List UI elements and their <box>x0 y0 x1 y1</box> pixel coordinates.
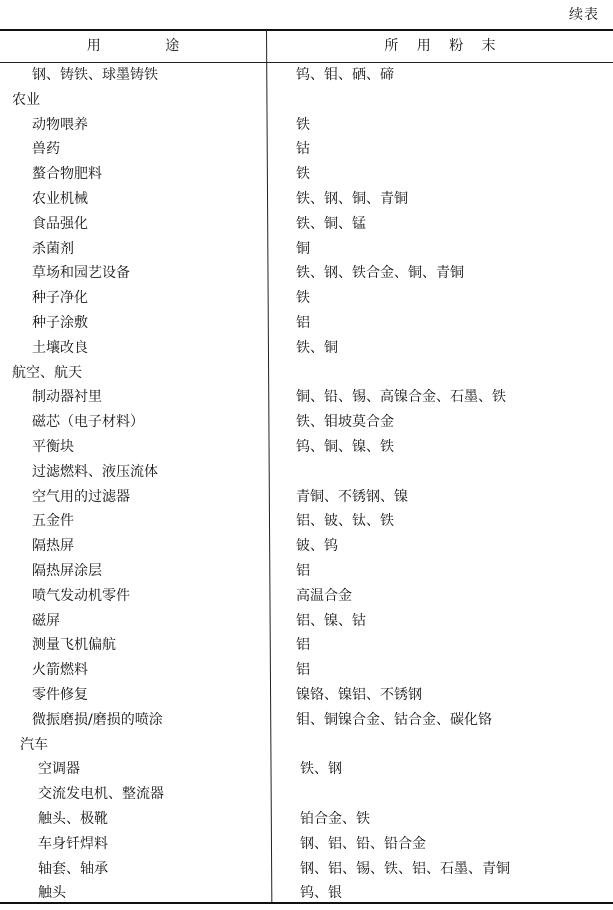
table-row: 喷气发动机零件高温合金 <box>0 584 613 609</box>
table-row: 农业机械铁、钢、铜、青铜 <box>0 187 613 212</box>
powder-cell: 铁、钢、铁合金、铜、青铜 <box>296 261 464 285</box>
powder-cell: 镍铬、镍铝、不锈钢 <box>296 683 422 707</box>
powder-cell: 铝 <box>296 658 310 682</box>
use-cell: 平衡块 <box>32 435 74 459</box>
table-row: 空气用的过滤器青铜、不锈钢、镍 <box>0 485 613 510</box>
powder-cell: 钨、钼、硒、碲 <box>296 63 394 87</box>
powder-cell: 青铜、不锈钢、镍 <box>296 485 408 509</box>
table-row-category: 汽车 <box>0 733 613 758</box>
table-body: 钢、铸铁、球墨铸铁钨、钼、硒、碲 农业 动物喂养铁 兽药钴 螯合物肥料铁 农业机… <box>0 63 613 906</box>
table-row: 触头、极靴铂合金、铁 <box>0 807 613 832</box>
table-row: 五金件铝、铍、钛、铁 <box>0 509 613 534</box>
table-row: 空调器铁、钢 <box>0 757 613 782</box>
use-cell: 钢、铸铁、球墨铸铁 <box>32 63 158 87</box>
table-row: 螯合物肥料铁 <box>0 162 613 187</box>
table-row: 车身钎焊料钢、铝、铅、铅合金 <box>0 832 613 857</box>
use-cell: 草场和园艺设备 <box>32 261 130 285</box>
table-row: 草场和园艺设备铁、钢、铁合金、铜、青铜 <box>0 261 613 286</box>
header-powder: 所 用 粉 末 <box>267 31 613 62</box>
use-cell: 火箭燃料 <box>32 658 88 682</box>
use-cell: 交流发电机、整流器 <box>38 782 164 806</box>
powder-cell: 铁、钼坡莫合金 <box>296 410 394 434</box>
powder-cell: 钼、铜镍合金、钴合金、碳化铬 <box>296 708 492 732</box>
table-row: 土壤改良铁、铜 <box>0 336 613 361</box>
category-cell: 汽车 <box>20 733 48 757</box>
powder-cell: 钢、铝、锡、铁、铝、石墨、青铜 <box>300 857 510 881</box>
table-row: 种子净化铁 <box>0 286 613 311</box>
powder-cell: 铂合金、铁 <box>300 807 370 831</box>
table-row: 杀菌剂铜 <box>0 237 613 262</box>
use-cell: 磁屏 <box>32 609 60 633</box>
powder-cell: 铝、镍、钴 <box>296 609 366 633</box>
table-row: 零件修复镍铬、镍铝、不锈钢 <box>0 683 613 708</box>
use-cell: 农业机械 <box>32 187 88 211</box>
powder-cell: 铁、铜、锰 <box>296 212 366 236</box>
use-cell: 零件修复 <box>32 683 88 707</box>
use-cell: 制动器衬里 <box>32 385 102 409</box>
use-cell: 测量飞机偏航 <box>32 633 116 657</box>
powder-cell: 铝 <box>296 633 310 657</box>
powder-cell: 高温合金 <box>296 584 352 608</box>
table-row: 磁芯（电子材料）铁、钼坡莫合金 <box>0 410 613 435</box>
table-row: 过滤燃料、液压流体 <box>0 460 613 485</box>
category-cell: 农业 <box>12 88 40 112</box>
use-cell: 种子涂敷 <box>32 311 88 335</box>
use-cell: 微振磨损/磨损的喷涂 <box>32 708 163 732</box>
powder-cell: 铁、钢、铜、青铜 <box>296 187 408 211</box>
use-cell: 种子净化 <box>32 286 88 310</box>
use-cell: 螯合物肥料 <box>32 162 102 186</box>
table-row: 磁屏铝、镍、钴 <box>0 609 613 634</box>
powder-cell: 铁、钢 <box>300 757 342 781</box>
powder-cell: 铝、铍、钛、铁 <box>296 509 394 533</box>
powder-cell: 钴 <box>296 137 310 161</box>
use-cell: 车身钎焊料 <box>38 832 108 856</box>
use-cell: 空调器 <box>38 757 80 781</box>
powder-cell: 铁 <box>296 286 310 310</box>
table-row: 平衡块钨、铜、镍、铁 <box>0 435 613 460</box>
use-cell: 过滤燃料、液压流体 <box>32 460 158 484</box>
table-row-category: 农业 <box>0 88 613 113</box>
use-cell: 喷气发动机零件 <box>32 584 130 608</box>
table-row: 隔热屏铍、钨 <box>0 534 613 559</box>
continued-table-label: 续表 <box>569 4 599 24</box>
header-use: 用 途 <box>0 31 266 62</box>
powder-cell: 铝 <box>296 559 310 583</box>
powder-cell: 铁 <box>296 113 310 137</box>
use-cell: 隔热屏涂层 <box>32 559 102 583</box>
powder-cell: 铍、钨 <box>296 534 338 558</box>
use-cell: 杀菌剂 <box>32 237 74 261</box>
powder-cell: 铁、铜 <box>296 336 338 360</box>
use-cell: 触头、极靴 <box>38 807 108 831</box>
table-row: 食品强化铁、铜、锰 <box>0 212 613 237</box>
use-cell: 动物喂养 <box>32 113 88 137</box>
powder-cell: 铜、铅、锡、高镍合金、石墨、铁 <box>296 385 506 409</box>
use-cell: 空气用的过滤器 <box>32 485 130 509</box>
table-row-category: 航空、航天 <box>0 361 613 386</box>
powder-cell: 钨、铜、镍、铁 <box>296 435 394 459</box>
powder-cell: 铁 <box>296 162 310 186</box>
table-row: 微振磨损/磨损的喷涂钼、铜镍合金、钴合金、碳化铬 <box>0 708 613 733</box>
powder-cell: 铝 <box>296 311 310 335</box>
table-row: 轴套、轴承钢、铝、锡、铁、铝、石墨、青铜 <box>0 857 613 882</box>
use-cell: 磁芯（电子材料） <box>32 410 144 434</box>
powder-cell: 钢、铝、铅、铅合金 <box>300 832 426 856</box>
table-row: 动物喂养铁 <box>0 113 613 138</box>
table-row: 制动器衬里铜、铅、锡、高镍合金、石墨、铁 <box>0 385 613 410</box>
table-bottom-rule <box>0 902 613 904</box>
table-row: 测量飞机偏航铝 <box>0 633 613 658</box>
category-cell: 航空、航天 <box>12 361 82 385</box>
use-cell: 土壤改良 <box>32 336 88 360</box>
table-row: 兽药钴 <box>0 137 613 162</box>
use-cell: 隔热屏 <box>32 534 74 558</box>
table-row: 钢、铸铁、球墨铸铁钨、钼、硒、碲 <box>0 63 613 88</box>
use-cell: 五金件 <box>32 509 74 533</box>
table-row: 火箭燃料铝 <box>0 658 613 683</box>
table-row: 种子涂敷铝 <box>0 311 613 336</box>
use-cell: 食品强化 <box>32 212 88 236</box>
use-cell: 兽药 <box>32 137 60 161</box>
table-row: 隔热屏涂层铝 <box>0 559 613 584</box>
use-cell: 轴套、轴承 <box>38 857 108 881</box>
powder-cell: 铜 <box>296 237 310 261</box>
table-row: 交流发电机、整流器 <box>0 782 613 807</box>
